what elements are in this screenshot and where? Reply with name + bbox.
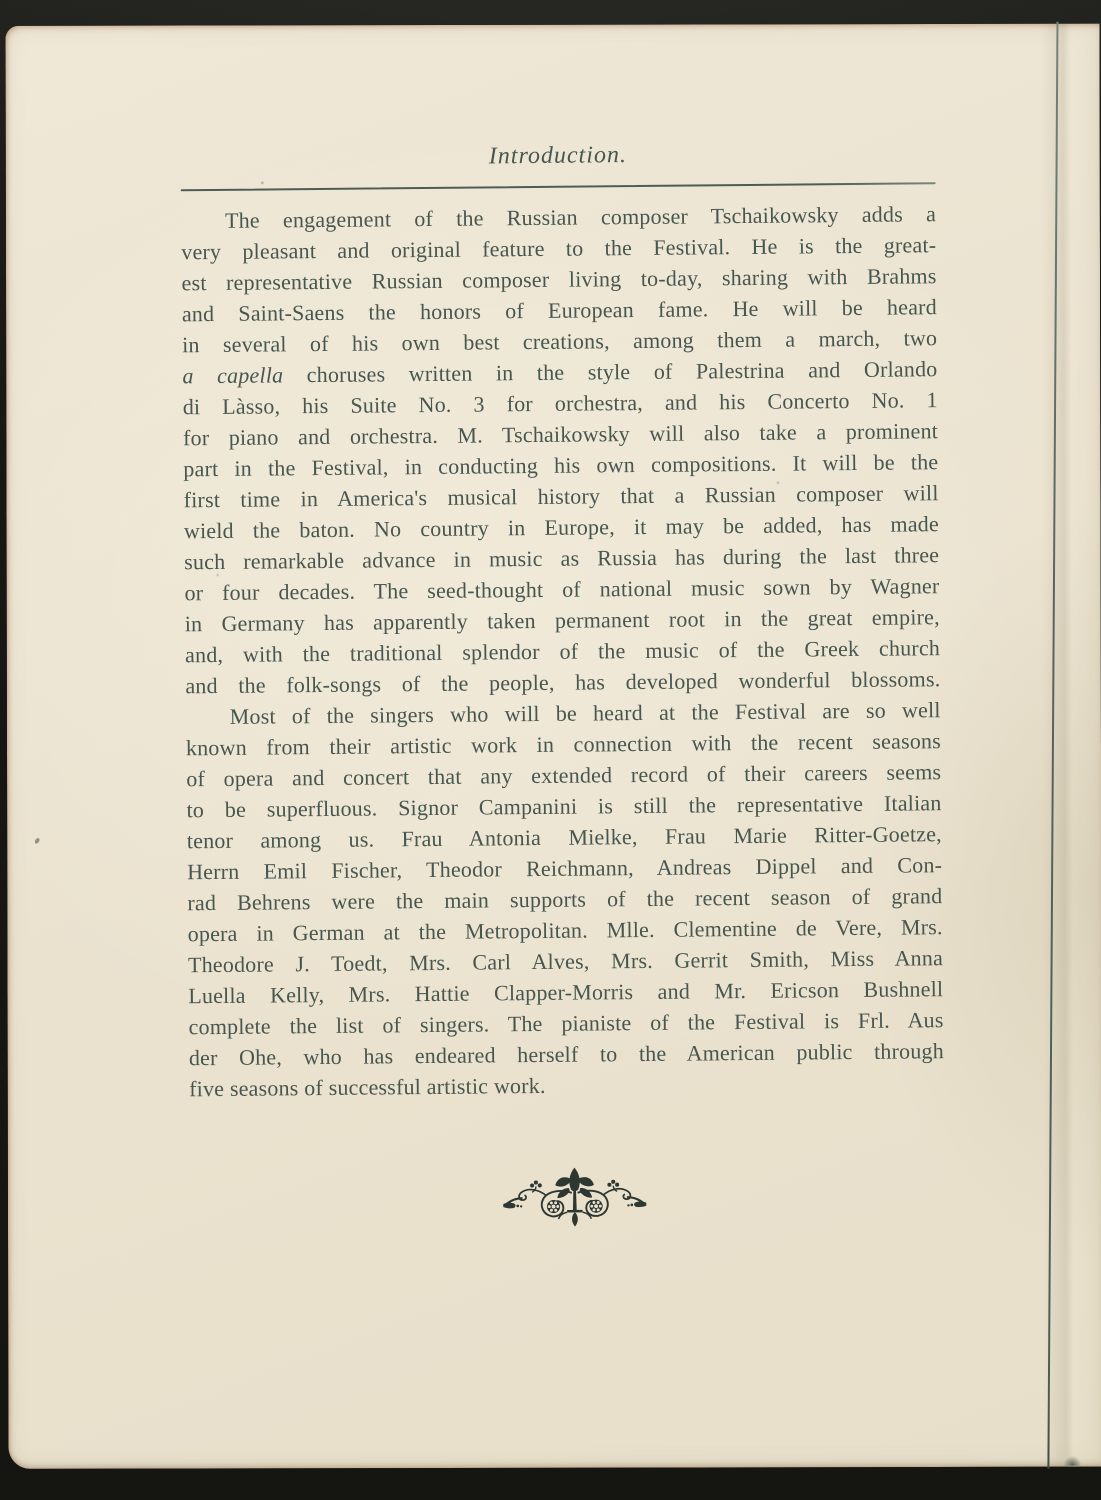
body-text: The engagement of the Russian composer T… bbox=[181, 198, 944, 1104]
paragraph: Most of the singers who will be heard at… bbox=[186, 694, 945, 1104]
italic-text-segment: a capella bbox=[182, 362, 283, 388]
floral-tailpiece-ornament-icon bbox=[502, 1165, 648, 1230]
ink-speck bbox=[217, 573, 219, 576]
paragraph: The engagement of the Russian composer T… bbox=[181, 198, 941, 701]
ink-speck bbox=[34, 837, 41, 844]
text-line: five seasons of successful artistic work… bbox=[189, 1066, 944, 1104]
page-title: Introduction. bbox=[180, 139, 935, 173]
ornament-wrap bbox=[197, 1162, 953, 1233]
adjacent-page-edge-foot bbox=[1063, 1456, 1081, 1466]
page-content: Introduction. The engagement of the Russ… bbox=[179, 21, 945, 1228]
ink-speck bbox=[776, 481, 779, 484]
header-rule bbox=[181, 182, 936, 191]
ink-speck bbox=[261, 181, 264, 184]
text-segment: choruses written in the style of Palestr… bbox=[283, 356, 937, 387]
page-paper: Introduction. The engagement of the Russ… bbox=[5, 24, 1101, 1469]
scan-surround: Introduction. The engagement of the Russ… bbox=[0, 0, 1101, 1500]
